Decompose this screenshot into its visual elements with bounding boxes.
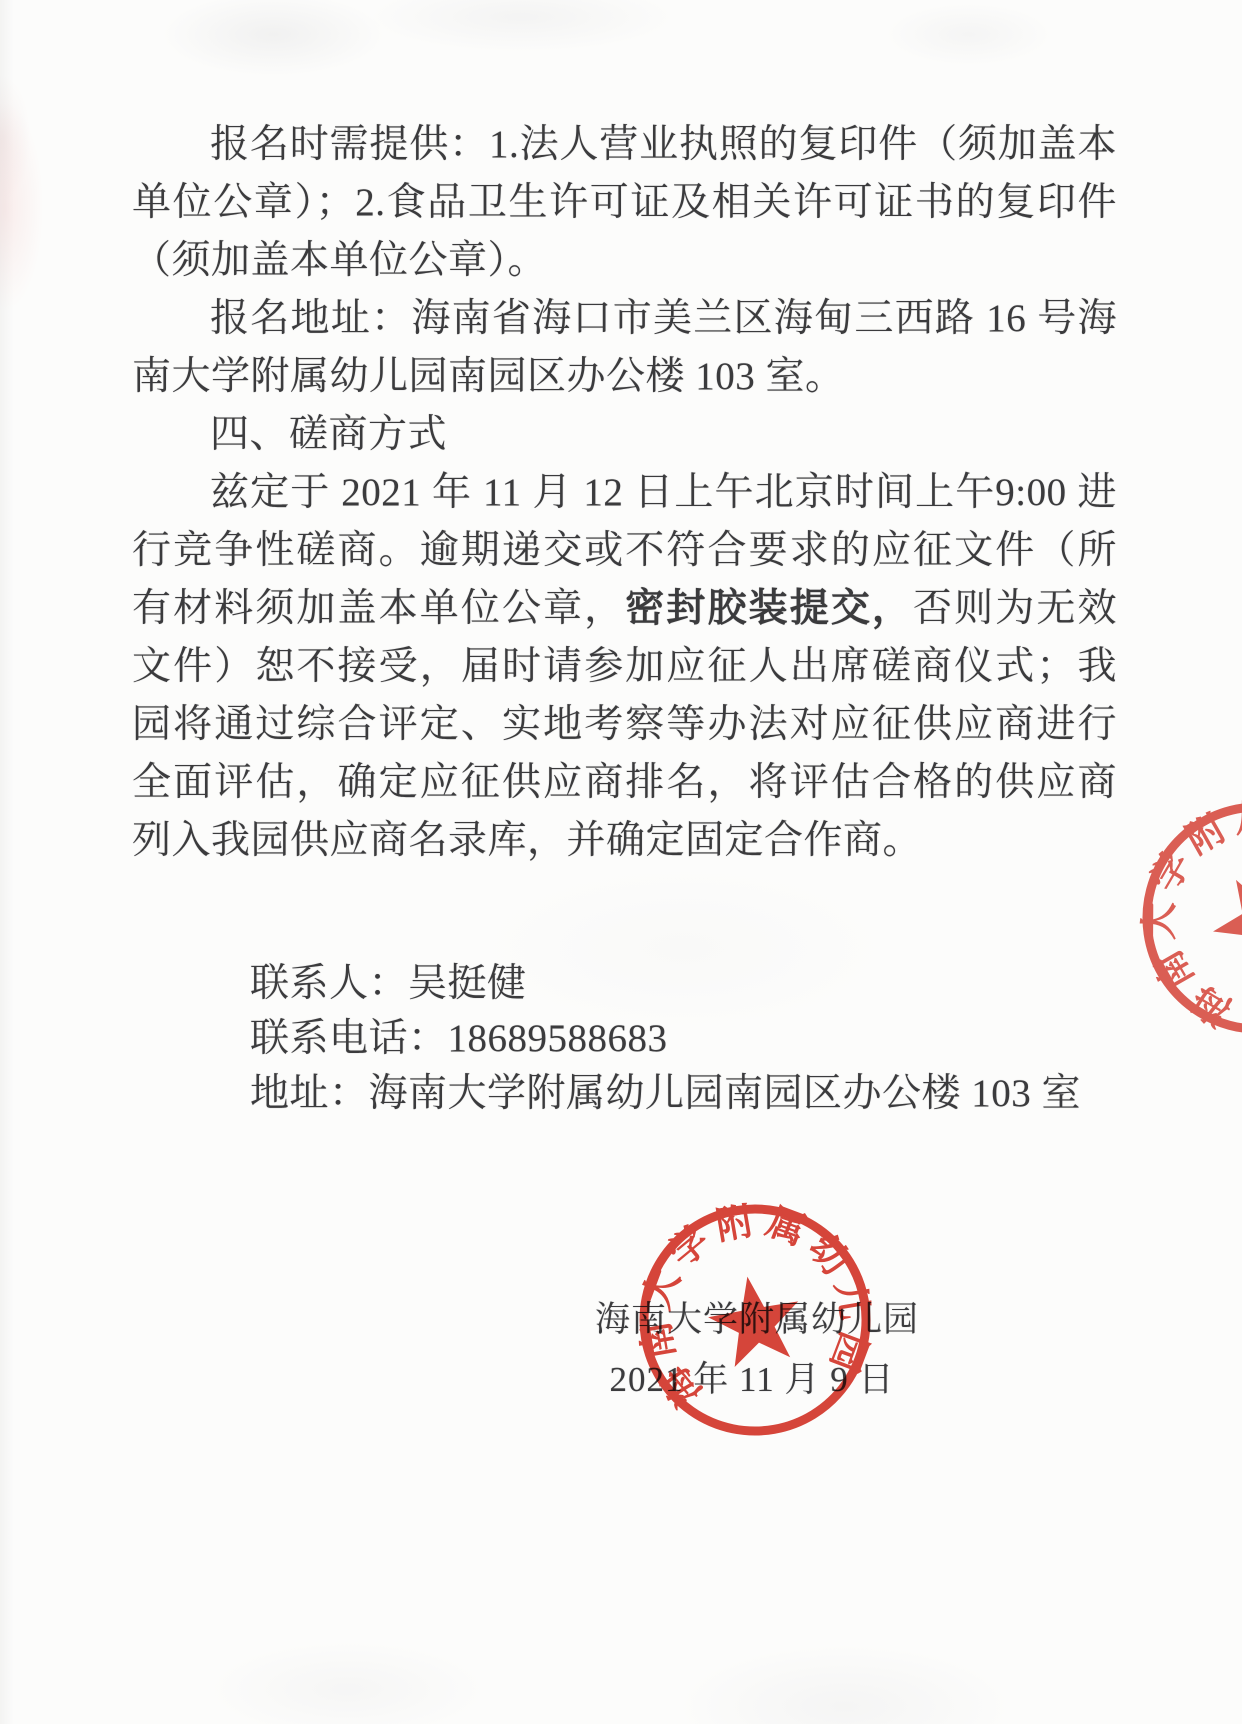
partial-seal-stamp-right-edge: 海南大学附属幼儿园 <box>1128 788 1242 1048</box>
consultation-text-bold-sealed-binding: 密封胶装提交， <box>625 587 913 630</box>
scanned-document-page: 报名时需提供：1.法人营业执照的复印件（须加盖本单位公章）；2.食品卫生许可证及… <box>0 0 1242 1724</box>
seal-star-icon <box>1196 857 1242 978</box>
section-heading-consultation-method: 四、磋商方式 <box>132 406 1117 464</box>
signature-org-name: 海南大学附属幼儿园 <box>595 1292 919 1342</box>
contact-address: 地址：海南大学附属幼儿园南园区办公楼 103 室 <box>250 1066 1117 1121</box>
document-body: 报名时需提供：1.法人营业执照的复印件（须加盖本单位公章）；2.食品卫生许可证及… <box>132 116 1117 1121</box>
signature-date: 2021 年 11 月 9 日 <box>610 1352 895 1402</box>
paragraph-registration-materials: 报名时需提供：1.法人营业执照的复印件（须加盖本单位公章）；2.食品卫生许可证及… <box>132 116 1117 290</box>
seal-arc-text: 海南大学附属幼儿园 <box>1128 788 1242 1047</box>
paragraph-consultation-details: 兹定于 2021 年 11 月 12 日上午北京时间上午9:00 进行竞争性磋商… <box>132 464 1117 870</box>
contact-person: 联系人：吴挺健 <box>250 956 1117 1011</box>
contact-phone: 联系电话：18689588683 <box>250 1011 1117 1066</box>
paragraph-registration-address: 报名地址：海南省海口市美兰区海甸三西路 16 号海南大学附属幼儿园南园区办公楼 … <box>132 290 1117 406</box>
contact-block: 联系人：吴挺健 联系电话：18689588683 地址：海南大学附属幼儿园南园区… <box>250 956 1117 1121</box>
seal-ring <box>1128 788 1242 1048</box>
